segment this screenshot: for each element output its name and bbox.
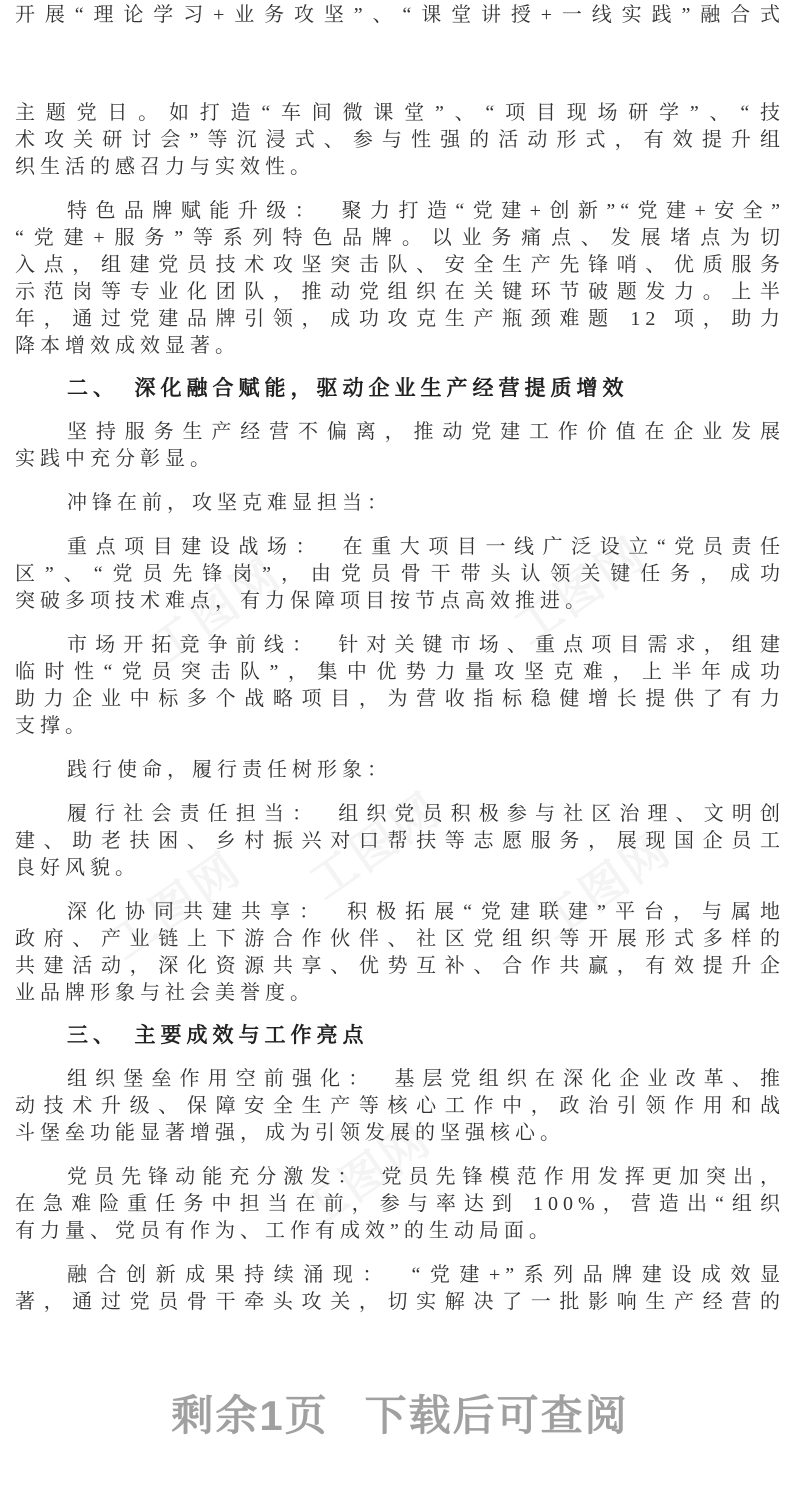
paragraph: 党员先锋动能充分激发： 党员先锋模范作用发挥更加突出，在急难险重任务中担当在前，…	[15, 1164, 785, 1245]
section-heading: 二、 深化融合赋能，驱动企业生产经营提质增效	[15, 375, 785, 402]
paragraph: 组织堡垒作用空前强化： 基层党组织在深化企业改革、推动技术升级、保障安全生产等核…	[15, 1066, 785, 1147]
paragraph: 深化协同共建共享： 积极拓展“党建联建”平台，与属地政府、产业链上下游合作伙伴、…	[15, 899, 785, 1007]
text-line: 临时性“党员突击队”，集中优势力量攻坚克难，上半年成功	[15, 659, 785, 686]
preview-limit-notice: 剩余1页 下载后可查阅	[0, 1383, 800, 1443]
text-line: 融合创新成果持续涌现： “党建+”系列品牌建设成效显	[15, 1262, 785, 1289]
text-line: 有力量、党员有作为、工作有成效”的生动局面。	[15, 1218, 785, 1245]
text-line: 突破多项技术难点，有力保障项目按节点高效推进。	[15, 588, 785, 615]
text-line: 实践中充分彰显。	[15, 446, 785, 473]
text-line: 深化协同共建共享： 积极拓展“党建联建”平台，与属地	[15, 899, 785, 926]
paragraph: 践行使命，履行责任树形象：	[15, 757, 785, 784]
document-body: 开展“理论学习+业务攻坚”、“课堂讲授+一线实践”融合式主题党日。如打造“车间微…	[15, 2, 785, 1316]
text-line: 斗堡垒功能显著增强，成为引领发展的坚强核心。	[15, 1120, 785, 1147]
text-line: 业品牌形象与社会美誉度。	[15, 980, 785, 1007]
text-line: 组织堡垒作用空前强化： 基层党组织在深化企业改革、推	[15, 1066, 785, 1093]
text-line: 术攻关研讨会”等沉浸式、参与性强的活动形式，有效提升组	[15, 127, 785, 154]
text-line: 特色品牌赋能升级： 聚力打造“党建+创新”“党建+安全”	[15, 198, 785, 225]
paragraph: 开展“理论学习+业务攻坚”、“课堂讲授+一线实践”融合式	[15, 2, 785, 29]
document-preview-page: 工图网 工图网 工图网 工图网 工图网 工图网 开展“理论学习+业务攻坚”、“课…	[0, 0, 800, 1487]
text-line: 政府、产业链上下游合作伙伴、社区党组织等开展形式多样的	[15, 926, 785, 953]
text-line: 重点项目建设战场： 在重大项目一线广泛设立“党员责任	[15, 534, 785, 561]
text-line: 党员先锋动能充分激发： 党员先锋模范作用发挥更加突出，	[15, 1164, 785, 1191]
text-line: 入点，组建党员技术攻坚突击队、安全生产先锋哨、优质服务	[15, 252, 785, 279]
page-break-gap	[15, 29, 785, 83]
text-line: 践行使命，履行责任树形象：	[15, 757, 785, 784]
text-line: 区”、“党员先锋岗”，由党员骨干带头认领关键任务，成功	[15, 561, 785, 588]
text-line: 建、助老扶困、乡村振兴对口帮扶等志愿服务，展现国企员工	[15, 828, 785, 855]
text-line: 支撑。	[15, 713, 785, 740]
paragraph: 坚持服务生产经营不偏离，推动党建工作价值在企业发展实践中充分彰显。	[15, 419, 785, 473]
section-heading: 三、 主要成效与工作亮点	[15, 1022, 785, 1049]
paragraph: 冲锋在前，攻坚克难显担当：	[15, 490, 785, 517]
text-line: 冲锋在前，攻坚克难显担当：	[15, 490, 785, 517]
text-line: 示范岗等专业化团队，推动党组织在关键环节破题发力。上半	[15, 279, 785, 306]
text-line: 开展“理论学习+业务攻坚”、“课堂讲授+一线实践”融合式	[15, 2, 785, 29]
remaining-pages-label: 剩余1页	[171, 1383, 328, 1443]
text-line: 动技术升级、保障安全生产等核心工作中，政治引领作用和战	[15, 1093, 785, 1120]
text-line: 助力企业中标多个战略项目，为营收指标稳健增长提供了有力	[15, 686, 785, 713]
text-line: 在急难险重任务中担当在前，参与率达到 100%，营造出“组织	[15, 1191, 785, 1218]
paragraph: 重点项目建设战场： 在重大项目一线广泛设立“党员责任区”、“党员先锋岗”，由党员…	[15, 534, 785, 615]
text-line: 坚持服务生产经营不偏离，推动党建工作价值在企业发展	[15, 419, 785, 446]
text-line: 履行社会责任担当： 组织党员积极参与社区治理、文明创	[15, 801, 785, 828]
paragraph: 主题党日。如打造“车间微课堂”、“项目现场研学”、“技术攻关研讨会”等沉浸式、参…	[15, 100, 785, 181]
text-line: 共建活动，深化资源共享、优势互补、合作共赢，有效提升企	[15, 953, 785, 980]
text-line: “党建+服务”等系列特色品牌。以业务痛点、发展堵点为切	[15, 225, 785, 252]
paragraph: 履行社会责任担当： 组织党员积极参与社区治理、文明创建、助老扶困、乡村振兴对口帮…	[15, 801, 785, 882]
paragraph: 市场开拓竞争前线： 针对关键市场、重点项目需求，组建临时性“党员突击队”，集中优…	[15, 632, 785, 740]
download-hint-label: 下载后可查阅	[365, 1383, 629, 1443]
paragraph: 特色品牌赋能升级： 聚力打造“党建+创新”“党建+安全”“党建+服务”等系列特色…	[15, 198, 785, 360]
text-line: 降本增效成效显著。	[15, 333, 785, 360]
text-line: 年，通过党建品牌引领，成功攻克生产瓶颈难题 12 项，助力	[15, 306, 785, 333]
text-line: 主题党日。如打造“车间微课堂”、“项目现场研学”、“技	[15, 100, 785, 127]
text-line: 良好风貌。	[15, 855, 785, 882]
text-line: 著，通过党员骨干牵头攻关，切实解决了一批影响生产经营的	[15, 1289, 785, 1316]
paragraph: 融合创新成果持续涌现： “党建+”系列品牌建设成效显著，通过党员骨干牵头攻关，切…	[15, 1262, 785, 1316]
text-line: 市场开拓竞争前线： 针对关键市场、重点项目需求，组建	[15, 632, 785, 659]
text-line: 织生活的感召力与实效性。	[15, 154, 785, 181]
